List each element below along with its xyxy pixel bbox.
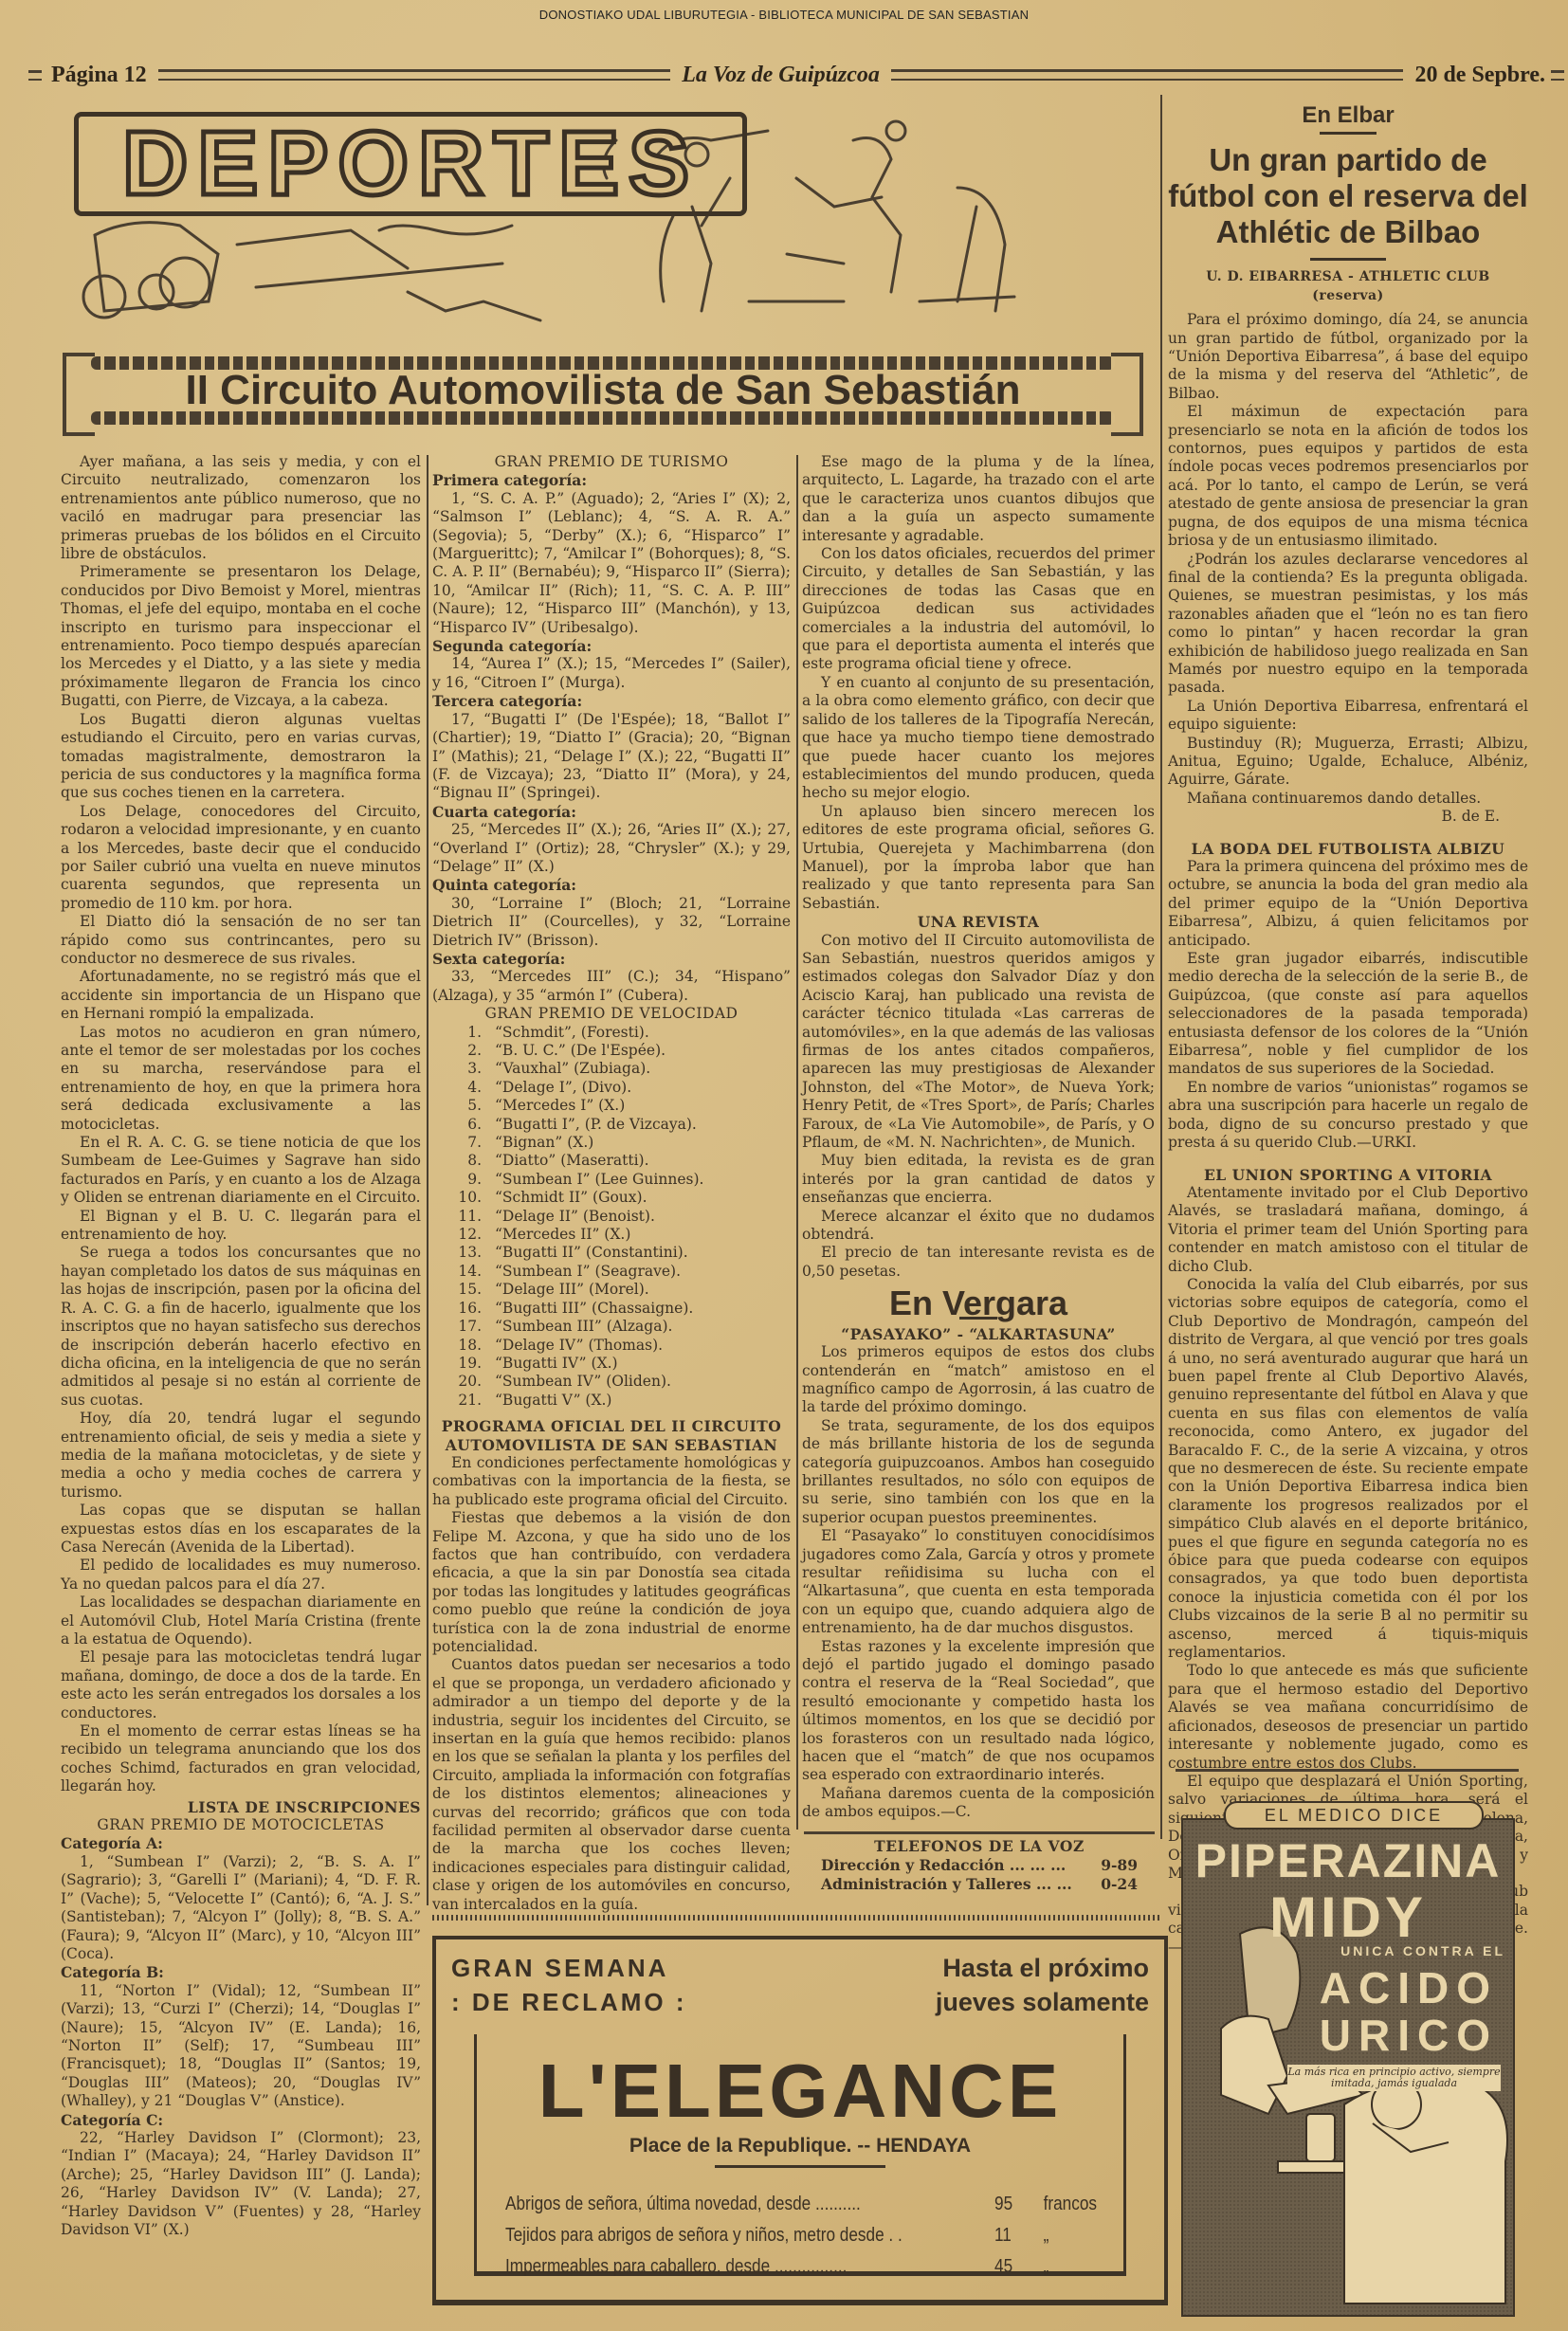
ad-brand: L'ELEGANCE bbox=[477, 2053, 1123, 2129]
velocidad-entry: 1.“Schmdit”, (Foresti). bbox=[447, 1024, 791, 1042]
paragraph: Todo lo que antecede es más que suficien… bbox=[1168, 1662, 1528, 1772]
circuit-column-2: GRAN PREMIO DE TURISMO Primera categoría… bbox=[432, 453, 791, 1914]
ad-tag-line: Hasta el próximo bbox=[936, 1951, 1149, 1985]
phones-title: TELEFONOS DE LA VOZ bbox=[804, 1837, 1155, 1856]
ad-product-line: URICO bbox=[1320, 2012, 1498, 2059]
paragraph: Estas razones y la excelente impresión q… bbox=[802, 1638, 1155, 1785]
paragraph: En condiciones perfectamente homológicas… bbox=[432, 1454, 791, 1509]
paragraph: Este gran jugador eibarrés, indiscutible… bbox=[1168, 950, 1528, 1079]
programa-title: PROGRAMA OFICIAL DEL II CIRCUITO AUTOMOV… bbox=[432, 1417, 791, 1454]
phone-number: 0-24 bbox=[1101, 1875, 1138, 1894]
paragraph: El máximun de expectación para presencia… bbox=[1168, 403, 1528, 550]
paragraph: Ayer mañana, a las seis y media, y con e… bbox=[61, 453, 421, 563]
paragraph: Fiestas que debemos a la visión de don F… bbox=[432, 1509, 791, 1656]
price-row: Tejidos para abrigos de señora y niños, … bbox=[505, 2220, 1150, 2251]
category-label: Primera categoría: bbox=[432, 471, 791, 489]
phone-row: Dirección y Redacción ... ... ...9-89 bbox=[804, 1856, 1155, 1875]
paragraph: En el R. A. C. G. se tiene noticia de qu… bbox=[61, 1134, 421, 1208]
ornamental-border bbox=[63, 353, 95, 436]
paragraph: El pesaje para las motocicletas tendrá l… bbox=[61, 1648, 421, 1722]
page-number: Página 12 bbox=[51, 63, 147, 88]
paragraph: El pedido de localidades es muy numeroso… bbox=[61, 1557, 421, 1593]
vergara-headline: En Vergara bbox=[802, 1294, 1155, 1312]
ad-product-line: ACIDO bbox=[1320, 1964, 1498, 2012]
velocidad-entry: 20.“Sumbean IV” (Oliden). bbox=[447, 1373, 791, 1391]
paragraph: Cuantos datos puedan ser necesarios a to… bbox=[432, 1656, 791, 1914]
velocidad-entry: 2.“B. U. C.” (De l'Espée). bbox=[447, 1042, 791, 1060]
category-label: Categoría C: bbox=[61, 2111, 421, 2129]
revista-title: UNA REVISTA bbox=[802, 913, 1155, 931]
page-folio: Página 12 La Voz de Guipúzcoa 20 de Sepb… bbox=[28, 61, 1564, 89]
elbar-column: En Elbar Un gran partido de fútbol con e… bbox=[1168, 106, 1528, 1957]
ornamental-border bbox=[91, 356, 1115, 370]
paragraph: Con motivo del II Circuito automovilista… bbox=[802, 932, 1155, 1153]
ad-panel: PIPERAZINA MIDY UNICA CONTRA EL ACIDO UR… bbox=[1181, 1818, 1515, 2317]
ad-line: UNICA CONTRA EL bbox=[1340, 1943, 1505, 1958]
category-label: Categoría A: bbox=[61, 1834, 421, 1852]
ad-slogan: La más rica en principio activo, siempre… bbox=[1287, 2065, 1501, 2091]
paragraph: Un aplauso bien sincero merecen los edit… bbox=[802, 803, 1155, 913]
velocidad-entry: 8.“Diatto” (Maseratti). bbox=[447, 1152, 791, 1170]
column-rule bbox=[796, 455, 798, 1830]
circuit-column-1: Ayer mañana, a las seis y media, y con e… bbox=[61, 453, 421, 2239]
velocidad-entry: 5.“Mercedes I” (X.) bbox=[447, 1097, 791, 1115]
category-label: Categoría B: bbox=[61, 1963, 421, 1981]
paragraph: Mañana daremos cuenta de la composición … bbox=[802, 1785, 1155, 1822]
velocidad-entry: 9.“Sumbean I” (Lee Guinnes). bbox=[447, 1171, 791, 1189]
paragraph: Para el próximo domingo, día 24, se anun… bbox=[1168, 311, 1528, 403]
circuit-headline-banner: II Circuito Automovilista de San Sebasti… bbox=[63, 343, 1143, 438]
paragraph: Se trata, seguramente, de los dos equipo… bbox=[802, 1417, 1155, 1527]
archive-caption: DONOSTIAKO UDAL LIBURUTEGIA - BIBLIOTECA… bbox=[0, 8, 1568, 22]
ad-tag-line: jueves solamente bbox=[936, 1985, 1149, 2019]
paragraph: Las copas que se disputan se hallan expu… bbox=[61, 1502, 421, 1557]
velocidad-list: 1.“Schmdit”, (Foresti).2.“B. U. C.” (De … bbox=[432, 1024, 791, 1411]
divider bbox=[804, 1831, 1155, 1834]
paragraph: Merece alcanzar el éxito que no dudamos … bbox=[802, 1208, 1155, 1245]
category-entries: 1, “Sumbean I” (Varzi); 2, “B. S. A. I” … bbox=[61, 1853, 421, 1963]
ornamental-border bbox=[91, 411, 1115, 425]
paragraph: Las localidades se despachan diariamente… bbox=[61, 1593, 421, 1648]
paragraph: El precio de tan interesante revista es … bbox=[802, 1244, 1155, 1281]
paragraph: Ese mago de la pluma y de la línea, arqu… bbox=[802, 453, 1155, 545]
deportes-masthead: DEPORTES bbox=[66, 102, 1157, 330]
category-entries: 25, “Mercedes II” (X.); 26, “Aries II” (… bbox=[432, 821, 791, 876]
category-entries: 11, “Norton I” (Vidal); 12, “Sumbean II”… bbox=[61, 1982, 421, 2111]
folio-rule bbox=[158, 69, 671, 81]
paragraph: Los Bugatti dieron algunas vueltas estud… bbox=[61, 711, 421, 803]
match-line: U. D. EIBARRESA - ATHLETIC CLUB (reserva… bbox=[1168, 268, 1528, 305]
velocidad-entry: 14.“Sumbean I” (Seagrave). bbox=[447, 1263, 791, 1281]
category-entries: 14, “Aurea I” (X.); 15, “Mercedes I” (Sa… bbox=[432, 655, 791, 692]
price-row: Impermeables para caballero, desde .....… bbox=[505, 2251, 1150, 2283]
elbar-headline: Un gran partido de fútbol con el reserva… bbox=[1168, 142, 1528, 250]
divider bbox=[1320, 132, 1377, 135]
paragraph: En el momento de cerrar estas líneas se … bbox=[61, 1722, 421, 1796]
ad-brand-line-2: MIDY bbox=[1183, 1885, 1513, 1950]
ad-tag: EL MEDICO DICE bbox=[1224, 1801, 1484, 1830]
revista-body: Con motivo del II Circuito automovilista… bbox=[802, 932, 1155, 1282]
programa-body-continued: Ese mago de la pluma y de la línea, arqu… bbox=[802, 453, 1155, 913]
paragraph: Las motos no acudieron en gran número, a… bbox=[61, 1024, 421, 1134]
paragraph: Con los datos oficiales, recuerdos del p… bbox=[802, 545, 1155, 674]
paragraph: El “Pasayako” lo constituyen conocidísim… bbox=[802, 1527, 1155, 1637]
turismo-title: GRAN PREMIO DE TURISMO bbox=[432, 453, 791, 471]
phone-label: Administración y Talleres ... ... bbox=[821, 1875, 1072, 1894]
divider bbox=[1310, 258, 1386, 261]
paragraph: Mañana continuaremos dando detalles. bbox=[1168, 790, 1528, 808]
moto-categories: Categoría A:1, “Sumbean I” (Varzi); 2, “… bbox=[61, 1834, 421, 2239]
divider bbox=[1176, 1769, 1519, 1772]
boda-body: Para la primera quincena del próximo mes… bbox=[1168, 858, 1528, 1153]
category-entries: 30, “Lorraine I” (Bloch; 21, “Lorraine D… bbox=[432, 895, 791, 950]
vergara-body: Los primeros equipos de estos dos clubs … bbox=[802, 1343, 1155, 1822]
velocidad-entry: 13.“Bugatti II” (Constantini). bbox=[447, 1244, 791, 1262]
ornamental-border bbox=[1111, 353, 1143, 436]
ad-tag-line: GRAN SEMANA bbox=[451, 1951, 687, 1985]
category-label: Tercera categoría: bbox=[432, 692, 791, 710]
velocidad-entry: 21.“Bugatti V” (X.) bbox=[447, 1392, 791, 1410]
turismo-categories: Primera categoría:1, “S. C. A. P.” (Agua… bbox=[432, 471, 791, 1005]
price-row: Abrigos de señora, última novedad, desde… bbox=[505, 2189, 1150, 2220]
phone-number: 9-89 bbox=[1101, 1856, 1138, 1875]
paragraph: ¿Podrán los azules declararse vencedores… bbox=[1168, 551, 1528, 698]
moto-title: GRAN PREMIO DE MOTOCICLETAS bbox=[61, 1816, 421, 1834]
velocidad-title: GRAN PREMIO DE VELOCIDAD bbox=[432, 1005, 791, 1023]
folio-rule bbox=[891, 69, 1404, 81]
programa-body: En condiciones perfectamente homológicas… bbox=[432, 1454, 791, 1914]
paragraph: Atentamente invitado por el Club Deporti… bbox=[1168, 1184, 1528, 1276]
paragraph: El Bignan y el B. U. C. llegarán para el… bbox=[61, 1208, 421, 1245]
vergara-subhead: “PASAYAKO” - “ALKARTASUNA” bbox=[802, 1325, 1155, 1343]
category-entries: 22, “Harley Davidson I” (Clormont); 23, … bbox=[61, 2129, 421, 2239]
folio-rule bbox=[28, 70, 42, 81]
velocidad-entry: 6.“Bugatti I”, (P. de Vizcaya). bbox=[447, 1116, 791, 1134]
elegance-advertisement: GRAN SEMANA : DE RECLAMO : Hasta el próx… bbox=[432, 1936, 1168, 2305]
newspaper-name: La Voz de Guipúzcoa bbox=[682, 63, 880, 88]
section-title: DEPORTES bbox=[74, 112, 747, 216]
phones-box: TELEFONOS DE LA VOZ Dirección y Redacció… bbox=[804, 1837, 1155, 1894]
velocidad-entry: 10.“Schmidt II” (Goux). bbox=[447, 1189, 791, 1207]
velocidad-entry: 16.“Bugatti III” (Chassaigne). bbox=[447, 1300, 791, 1318]
ad-border bbox=[432, 1915, 1160, 1921]
midy-advertisement: EL MEDICO DICE PIPERAZINA MIDY UNICA CON… bbox=[1181, 1801, 1511, 2318]
paragraph: Los primeros equipos de estos dos clubs … bbox=[802, 1343, 1155, 1417]
category-label: Sexta categoría: bbox=[432, 950, 791, 968]
paragraph: Bustinduy (R); Muguerza, Errasti; Albizu… bbox=[1168, 735, 1528, 790]
ad-inner-frame: L'ELEGANCE Place de la Republique. -- HE… bbox=[474, 2034, 1126, 2276]
issue-date: 20 de Sepbre. bbox=[1414, 63, 1545, 88]
paragraph: Conocida la valía del Club eibarrés, por… bbox=[1168, 1276, 1528, 1663]
paragraph: Afortunadamente, no se registró más que … bbox=[61, 968, 421, 1023]
inscriptions-title: LISTA DE INSCRIPCIONES bbox=[61, 1798, 421, 1816]
ad-tag-line: : DE RECLAMO : bbox=[451, 1985, 687, 2019]
ad-right-tag: Hasta el próximo jueves solamente bbox=[936, 1951, 1149, 2019]
velocidad-entry: 4.“Delage I”, (Divo). bbox=[447, 1079, 791, 1097]
category-entries: 17, “Bugatti I” (De l'Espée); 18, “Ballo… bbox=[432, 711, 791, 803]
circuit-headline: II Circuito Automovilista de San Sebasti… bbox=[186, 367, 1021, 414]
column-rule bbox=[1160, 95, 1162, 1839]
category-label: Quinta categoría: bbox=[432, 876, 791, 894]
paragraph: La Unión Deportiva Eibarresa, enfrentará… bbox=[1168, 698, 1528, 735]
signature: B. de E. bbox=[1168, 808, 1500, 826]
divider bbox=[715, 2165, 885, 2168]
folio-rule bbox=[1551, 70, 1564, 81]
category-label: Segunda categoría: bbox=[432, 637, 791, 655]
elbar-body: Para el próximo domingo, día 24, se anun… bbox=[1168, 311, 1528, 808]
column-rule bbox=[427, 455, 428, 1905]
paragraph: Muy bien editada, la revista es de gran … bbox=[802, 1152, 1155, 1207]
ad-left-tag: GRAN SEMANA : DE RECLAMO : bbox=[451, 1951, 687, 2019]
ad-product: ACIDO URICO bbox=[1320, 1964, 1498, 2059]
velocidad-entry: 12.“Mercedes II” (X.) bbox=[447, 1226, 791, 1244]
velocidad-entry: 19.“Bugatti IV” (X.) bbox=[447, 1355, 791, 1373]
velocidad-entry: 11.“Delage II” (Benoist). bbox=[447, 1208, 791, 1226]
velocidad-entry: 18.“Delage IV” (Thomas). bbox=[447, 1337, 791, 1355]
boda-title: LA BODA DEL FUTBOLISTA ALBIZU bbox=[1168, 840, 1528, 858]
category-entries: 1, “S. C. A. P.” (Aguado); 2, “Aries I” … bbox=[432, 490, 791, 637]
ad-address: Place de la Republique. -- HENDAYA bbox=[477, 2135, 1123, 2158]
paragraph: Para la primera quincena del próximo mes… bbox=[1168, 858, 1528, 950]
elbar-kicker: En Elbar bbox=[1168, 106, 1528, 124]
paragraph: Los Delage, conocedores del Circuito, ro… bbox=[61, 803, 421, 913]
paragraph: En nombre de varios “unionistas” rogamos… bbox=[1168, 1079, 1528, 1153]
vitoria-title: EL UNION SPORTING A VITORIA bbox=[1168, 1166, 1528, 1184]
paragraph: El Diatto dió la sensación de no ser tan… bbox=[61, 913, 421, 968]
phone-row: Administración y Talleres ... ...0-24 bbox=[804, 1875, 1155, 1894]
category-label: Cuarta categoría: bbox=[432, 803, 791, 821]
velocidad-entry: 7.“Bignan” (X.) bbox=[447, 1134, 791, 1152]
velocidad-entry: 15.“Delage III” (Morel). bbox=[447, 1281, 791, 1299]
circuit-column-3: Ese mago de la pluma y de la línea, arqu… bbox=[802, 453, 1155, 1822]
circuit-article-body: Ayer mañana, a las seis y media, y con e… bbox=[61, 453, 421, 1796]
phone-label: Dirección y Redacción ... ... ... bbox=[821, 1856, 1066, 1875]
velocidad-entry: 17.“Sumbean III” (Alzaga). bbox=[447, 1318, 791, 1336]
price-list: Abrigos de señora, última novedad, desde… bbox=[505, 2189, 1150, 2283]
velocidad-entry: 3.“Vauxhal” (Zubiaga). bbox=[447, 1060, 791, 1078]
paragraph: Se ruega a todos los concursantes que no… bbox=[61, 1244, 421, 1410]
category-entries: 33, “Mercedes III” (C.); 34, “Hispano” (… bbox=[432, 968, 791, 1005]
paragraph: Y en cuanto al conjunto de su presentaci… bbox=[802, 674, 1155, 803]
paragraph: Primeramente se presentaron los Delage, … bbox=[61, 563, 421, 710]
ad-brand-line-1: PIPERAZINA bbox=[1183, 1833, 1513, 1888]
paragraph: Hoy, día 20, tendrá lugar el segundo ent… bbox=[61, 1410, 421, 1502]
